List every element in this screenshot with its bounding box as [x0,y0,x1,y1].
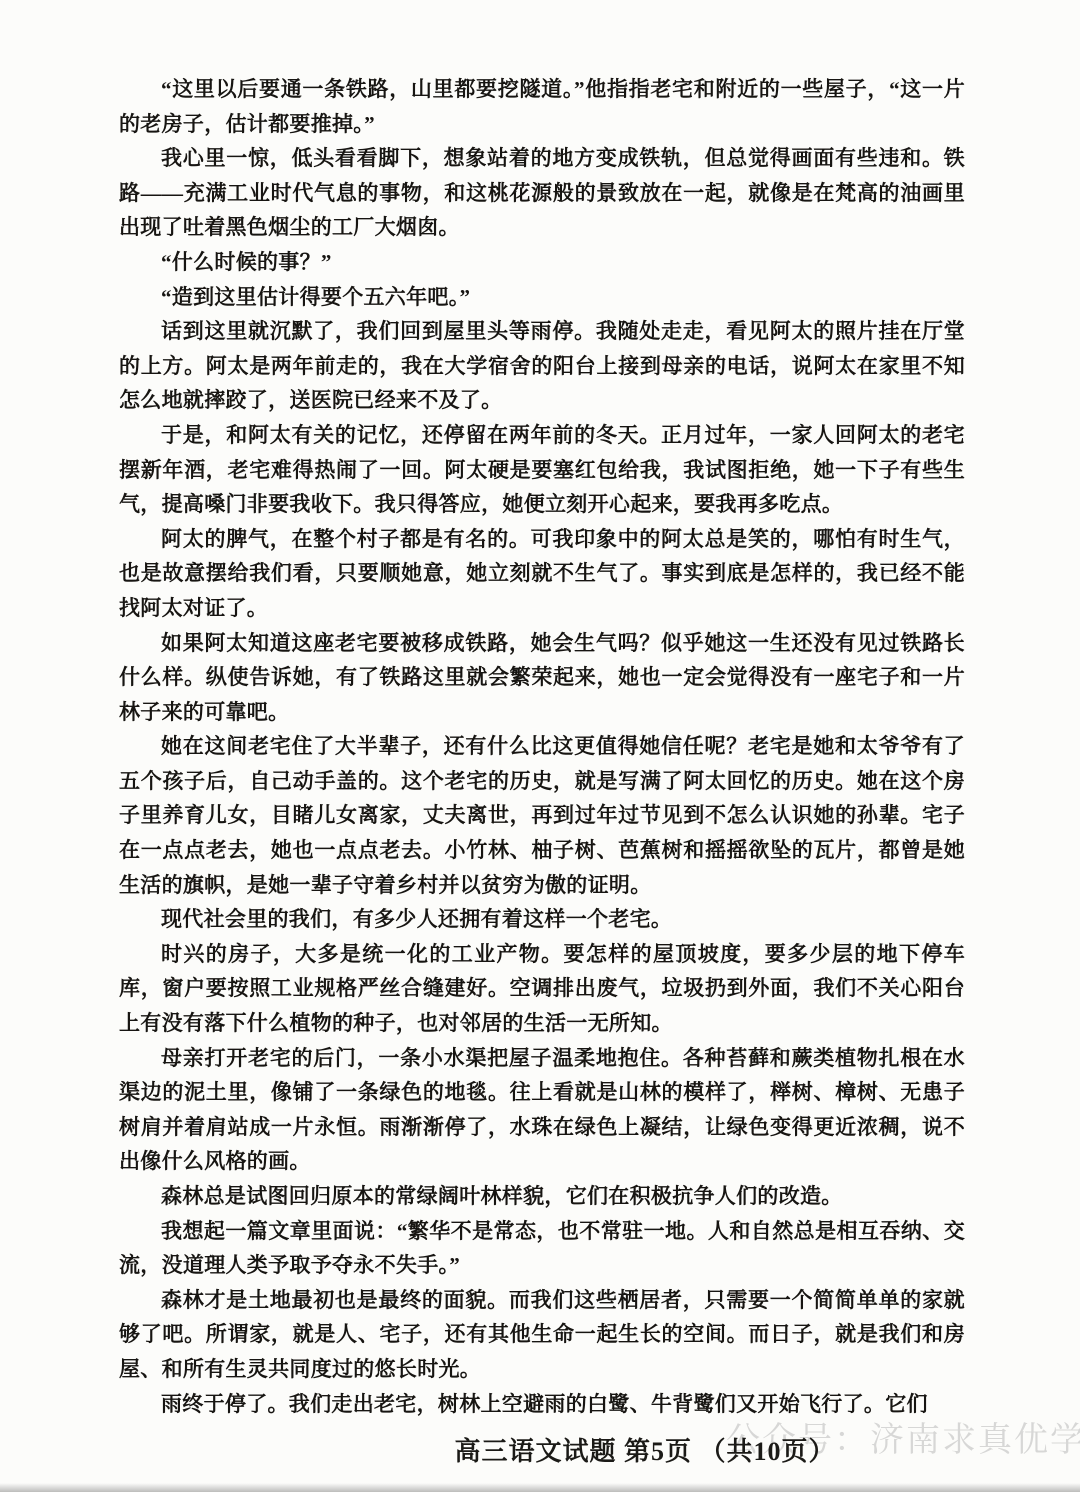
page-footer: 高三语文试题 第5页 （共10页） [454,1431,835,1468]
paragraph: 现代社会里的我们，有多少人还拥有着这样一个老宅。 [119,902,965,937]
paragraph: 我心里一惊，低头看看脚下，想象站着的地方变成铁轨，但总觉得画面有些违和。铁路——… [119,141,965,245]
paragraph: 于是，和阿太有关的记忆，还停留在两年前的冬天。正月过年，一家人回阿太的老宅摆新年… [119,418,965,522]
paragraph: “这里以后要通一条铁路，山里都要挖隧道。”他指指老宅和附近的一些屋子，“这一片的… [119,72,965,141]
paragraph: 如果阿太知道这座老宅要被移成铁路，她会生气吗？似乎她这一生还没有见过铁路长什么样… [119,626,965,730]
paragraph: 我想起一篇文章里面说：“繁华不是常态，也不常驻一地。人和自然总是相互吞纳、交流，… [119,1214,965,1283]
paragraph: 时兴的房子，大多是统一化的工业产物。要怎样的屋顶坡度，要多少层的地下停车库，窗户… [119,937,965,1041]
article-text: “这里以后要通一条铁路，山里都要挖隧道。”他指指老宅和附近的一些屋子，“这一片的… [119,72,965,1421]
paragraph: 话到这里就沉默了，我们回到屋里头等雨停。我随处走走，看见阿太的照片挂在厅堂的上方… [119,314,965,418]
paragraph: 她在这间老宅住了大半辈子，还有什么比这更值得她信任呢？老宅是她和太爷爷有了五个孩… [119,729,965,902]
paragraph: 母亲打开老宅的后门，一条小水渠把屋子温柔地抱住。各种苔藓和蕨类植物扎根在水渠边的… [119,1041,965,1179]
exam-page: “这里以后要通一条铁路，山里都要挖隧道。”他指指老宅和附近的一些屋子，“这一片的… [0,0,1080,1492]
paragraph: “什么时候的事？” [119,245,965,280]
scan-edge-shadow [0,1483,1080,1492]
paragraph: 森林才是土地最初也是最终的面貌。而我们这些栖居者，只需要一个简简单单的家就够了吧… [119,1283,965,1387]
paragraph: 森林总是试图回归原本的常绿阔叶林样貌，它们在积极抗争人们的改造。 [119,1179,965,1214]
paragraph: “造到这里估计得要个五六年吧。” [119,280,965,315]
paragraph: 阿太的脾气，在整个村子都是有名的。可我印象中的阿太总是笑的，哪怕有时生气，也是故… [119,522,965,626]
